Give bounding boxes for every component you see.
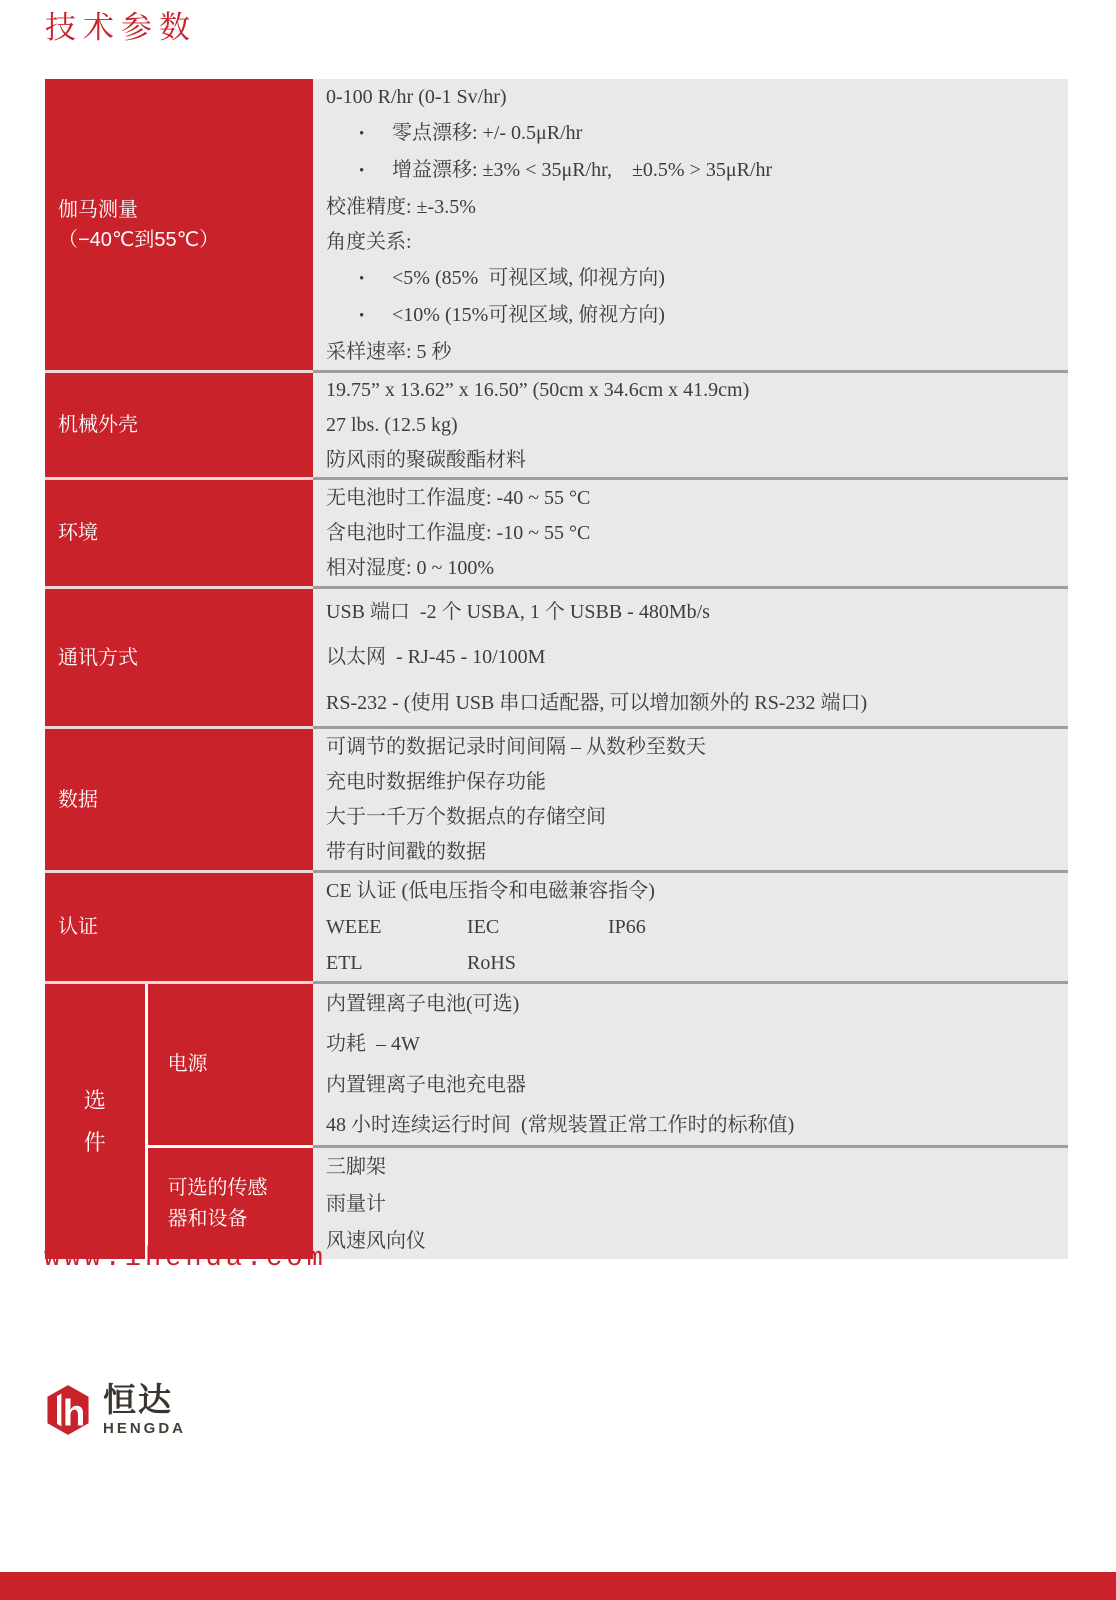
row-header: 认证	[45, 872, 313, 983]
spec-text: 采样速率: 5 秒	[326, 341, 452, 363]
spec-text: 充电时数据维护保存功能	[326, 771, 546, 793]
table-row: 选件电源内置锂离子电池(可选)功耗 – 4W内置锂离子电池充电器48 小时连续运…	[45, 983, 1068, 1147]
spec-text: <5% (85% 可视区域, 仰视方向)	[392, 267, 665, 289]
spec-line: 充电时数据维护保存功能	[321, 770, 1068, 794]
bottom-red-bar	[0, 1572, 1116, 1600]
spec-text: 零点漂移: +/- 0.5μR/hr	[392, 122, 582, 144]
row-content: 19.75” x 13.62” x 16.50” (50cm x 34.6cm …	[313, 372, 1068, 479]
spec-text: 内置锂离子电池(可选)	[326, 993, 519, 1015]
table-row: 数据可调节的数据记录时间间隔 – 从数秒至数天充电时数据维护保存功能大于一千万个…	[45, 728, 1068, 872]
spec-text: CE 认证 (低电压指令和电磁兼容指令)	[326, 880, 655, 902]
table-row: 通讯方式USB 端口 -2 个 USBA, 1 个 USBB - 480Mb/s…	[45, 588, 1068, 728]
spec-text: 三脚架	[326, 1156, 386, 1178]
spec-text: 以太网 - RJ-45 - 10/100M	[326, 646, 545, 668]
row-content-lines: 内置锂离子电池(可选)功耗 – 4W内置锂离子电池充电器48 小时连续运行时间 …	[313, 984, 1068, 1145]
logo-name-en: HENGDA	[103, 1420, 186, 1437]
row-header-line: （−40℃到55℃）	[58, 225, 313, 255]
row-header-line: 通讯方式	[58, 643, 313, 673]
spec-text: RS-232 - (使用 USB 串口适配器, 可以增加额外的 RS-232 端…	[326, 692, 867, 714]
spec-line: 防风雨的聚碳酸酯材料	[321, 448, 1068, 472]
spec-text: 增益漂移: ±3% < 35μR/hr, ±0.5% > 35μR/hr	[392, 159, 772, 181]
spec-line: 含电池时工作温度: -10 ~ 55 °C	[321, 521, 1068, 545]
svg-text:h: h	[63, 1392, 85, 1433]
spec-line: 内置锂离子电池(可选)	[321, 992, 1068, 1016]
spec-text: 0-100 R/hr (0-1 Sv/hr)	[326, 86, 507, 108]
bullet-icon: •	[359, 122, 392, 146]
spec-line: •<5% (85% 可视区域, 仰视方向)	[321, 266, 1068, 291]
row-header-line: 认证	[58, 912, 313, 942]
company-logo: h 恒达 HENGDA	[46, 1382, 186, 1438]
spec-line: 采样速率: 5 秒	[321, 340, 1068, 364]
bullet-icon: •	[359, 159, 392, 183]
bullet-icon: •	[359, 304, 392, 328]
spec-text: 带有时间戳的数据	[326, 841, 486, 863]
spec-line: ETLRoHS	[321, 951, 1068, 975]
spec-line: •增益漂移: ±3% < 35μR/hr, ±0.5% > 35μR/hr	[321, 158, 1068, 183]
table-row: 环境无电池时工作温度: -40 ~ 55 °C含电池时工作温度: -10 ~ 5…	[45, 479, 1068, 588]
row-content-lines: 0-100 R/hr (0-1 Sv/hr)•零点漂移: +/- 0.5μR/h…	[313, 79, 1068, 370]
spec-line: 大于一千万个数据点的存储空间	[321, 805, 1068, 829]
spec-line: 雨量计	[321, 1192, 1068, 1216]
group-header-char: 件	[45, 1122, 145, 1164]
row-header: 机械外壳	[45, 372, 313, 479]
row-content: USB 端口 -2 个 USBA, 1 个 USBB - 480Mb/s以太网 …	[313, 588, 1068, 728]
spec-text: 无电池时工作温度: -40 ~ 55 °C	[326, 487, 590, 509]
spec-line: 19.75” x 13.62” x 16.50” (50cm x 34.6cm …	[321, 378, 1068, 402]
row-header: 电源	[146, 983, 313, 1147]
spec-line: 内置锂离子电池充电器	[321, 1073, 1068, 1097]
cert-item: IP66	[608, 915, 749, 939]
spec-line: 带有时间戳的数据	[321, 840, 1068, 864]
spec-text: 雨量计	[326, 1193, 386, 1215]
spec-line: 校准精度: ±-3.5%	[321, 195, 1068, 219]
spec-line: 可调节的数据记录时间间隔 – 从数秒至数天	[321, 735, 1068, 759]
cert-item: IEC	[467, 915, 608, 939]
row-content: 0-100 R/hr (0-1 Sv/hr)•零点漂移: +/- 0.5μR/h…	[313, 79, 1068, 372]
row-group-header: 选件	[45, 983, 146, 1260]
row-content: 三脚架雨量计风速风向仪	[313, 1147, 1068, 1260]
row-header: 可选的传感器和设备	[146, 1147, 313, 1260]
logo-text: 恒达 HENGDA	[103, 1383, 186, 1437]
spec-text: 角度关系:	[326, 231, 412, 253]
spec-line: CE 认证 (低电压指令和电磁兼容指令)	[321, 879, 1068, 903]
row-header-line: 伽马测量	[58, 195, 313, 225]
spec-text: 19.75” x 13.62” x 16.50” (50cm x 34.6cm …	[326, 379, 749, 401]
spec-text: 功耗 – 4W	[326, 1033, 420, 1055]
row-header-line: 环境	[58, 518, 313, 548]
spec-text: 风速风向仪	[326, 1230, 426, 1252]
cert-item: ETL	[326, 951, 467, 975]
spec-text: 27 lbs. (12.5 kg)	[326, 414, 458, 436]
row-content: 可调节的数据记录时间间隔 – 从数秒至数天充电时数据维护保存功能大于一千万个数据…	[313, 728, 1068, 872]
spec-line: 相对湿度: 0 ~ 100%	[321, 556, 1068, 580]
spec-line: WEEEIECIP66	[321, 915, 1068, 939]
row-content-lines: 19.75” x 13.62” x 16.50” (50cm x 34.6cm …	[313, 373, 1068, 477]
row-content-lines: 三脚架雨量计风速风向仪	[313, 1148, 1068, 1259]
spec-text: 大于一千万个数据点的存储空间	[326, 806, 606, 828]
spec-line: 角度关系:	[321, 230, 1068, 254]
spec-line: 三脚架	[321, 1155, 1068, 1179]
spec-line: •零点漂移: +/- 0.5μR/hr	[321, 121, 1068, 146]
table-row: 伽马测量（−40℃到55℃）0-100 R/hr (0-1 Sv/hr)•零点漂…	[45, 79, 1068, 372]
spec-text: USB 端口 -2 个 USBA, 1 个 USBB - 480Mb/s	[326, 601, 710, 623]
row-content-lines: 无电池时工作温度: -40 ~ 55 °C含电池时工作温度: -10 ~ 55 …	[313, 480, 1068, 586]
row-header-line: 器和设备	[168, 1204, 314, 1235]
row-header-line: 机械外壳	[58, 410, 313, 440]
row-header: 数据	[45, 728, 313, 872]
row-content: CE 认证 (低电压指令和电磁兼容指令)WEEEIECIP66ETLRoHS	[313, 872, 1068, 983]
spec-text: 可调节的数据记录时间间隔 – 从数秒至数天	[326, 736, 706, 758]
spec-text: 含电池时工作温度: -10 ~ 55 °C	[326, 522, 590, 544]
row-content-lines: 可调节的数据记录时间间隔 – 从数秒至数天充电时数据维护保存功能大于一千万个数据…	[313, 729, 1068, 870]
page-title: 技术参数	[45, 2, 197, 47]
spec-line: 0-100 R/hr (0-1 Sv/hr)	[321, 85, 1068, 109]
row-header: 伽马测量（−40℃到55℃）	[45, 79, 313, 372]
row-content: 无电池时工作温度: -40 ~ 55 °C含电池时工作温度: -10 ~ 55 …	[313, 479, 1068, 588]
spec-line: 风速风向仪	[321, 1229, 1068, 1253]
spec-text: 防风雨的聚碳酸酯材料	[326, 449, 526, 471]
row-content-lines: CE 认证 (低电压指令和电磁兼容指令)WEEEIECIP66ETLRoHS	[313, 873, 1068, 981]
row-content: 内置锂离子电池(可选)功耗 – 4W内置锂离子电池充电器48 小时连续运行时间 …	[313, 983, 1068, 1147]
spec-line: 功耗 – 4W	[321, 1032, 1068, 1056]
table-row: 可选的传感器和设备三脚架雨量计风速风向仪	[45, 1147, 1068, 1260]
group-header-char: 选	[45, 1080, 145, 1122]
table-row: 认证CE 认证 (低电压指令和电磁兼容指令)WEEEIECIP66ETLRoHS	[45, 872, 1068, 983]
row-content-lines: USB 端口 -2 个 USBA, 1 个 USBB - 480Mb/s以太网 …	[313, 589, 1068, 726]
website-url[interactable]: www.ihenda.com	[44, 1244, 327, 1274]
row-header: 环境	[45, 479, 313, 588]
row-header-line: 可选的传感	[168, 1173, 314, 1204]
spec-text: <10% (15%可视区域, 俯视方向)	[392, 304, 665, 326]
spec-line: •<10% (15%可视区域, 俯视方向)	[321, 303, 1068, 328]
spec-text: 内置锂离子电池充电器	[326, 1074, 526, 1096]
hengda-logo-icon: h	[46, 1382, 90, 1438]
spec-line: USB 端口 -2 个 USBA, 1 个 USBB - 480Mb/s	[321, 600, 1068, 624]
cert-item: RoHS	[467, 951, 608, 975]
spec-line: RS-232 - (使用 USB 串口适配器, 可以增加额外的 RS-232 端…	[321, 691, 1068, 715]
spec-line: 27 lbs. (12.5 kg)	[321, 413, 1068, 437]
row-header-line: 数据	[58, 785, 313, 815]
row-header: 通讯方式	[45, 588, 313, 728]
spec-line: 无电池时工作温度: -40 ~ 55 °C	[321, 486, 1068, 510]
spec-text: 相对湿度: 0 ~ 100%	[326, 557, 494, 579]
spec-table: 伽马测量（−40℃到55℃）0-100 R/hr (0-1 Sv/hr)•零点漂…	[45, 79, 1068, 1259]
row-header-line: 电源	[168, 1049, 314, 1080]
table-row: 机械外壳19.75” x 13.62” x 16.50” (50cm x 34.…	[45, 372, 1068, 479]
bullet-icon: •	[359, 267, 392, 291]
spec-line: 48 小时连续运行时间 (常规装置正常工作时的标称值)	[321, 1113, 1068, 1137]
spec-text: 48 小时连续运行时间 (常规装置正常工作时的标称值)	[326, 1114, 794, 1136]
cert-item: WEEE	[326, 915, 467, 939]
spec-text: 校准精度: ±-3.5%	[326, 196, 476, 218]
logo-name-cn: 恒达	[103, 1383, 186, 1416]
spec-line: 以太网 - RJ-45 - 10/100M	[321, 645, 1068, 669]
